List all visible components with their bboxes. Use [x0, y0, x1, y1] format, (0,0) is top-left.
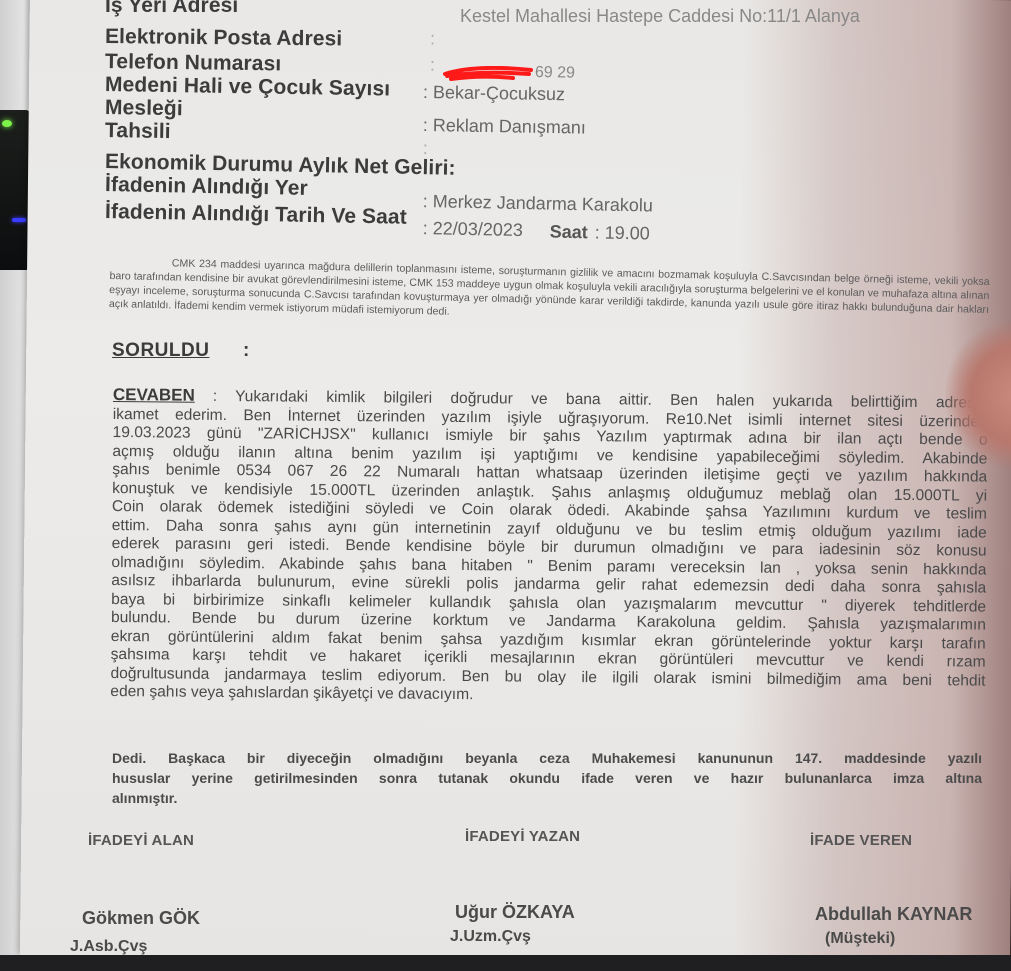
signature-rank-giver: (Müşteki)	[825, 930, 895, 948]
statement-body: CEVABEN: Yukarıdaki kimlik bilgileri doğ…	[110, 386, 988, 709]
field-statement-place: İfadenin Alındığı Yer : Merkez Jandarma …	[105, 173, 106, 200]
signature-rank-writer: J.Uzm.Çvş	[450, 928, 531, 946]
red-redaction-scribble	[443, 66, 533, 82]
field-value: Kestel Mahallesi Hastepe Caddesi No:11/1…	[460, 6, 860, 27]
soruldu-heading: SORULDU	[112, 340, 209, 362]
signature-rank-taker: J.Asb.Çvş	[70, 938, 147, 956]
closing-line: hususlar yerine getirilmesinden sonra tu…	[112, 768, 982, 788]
closing-line: Dedi. Başkaca bir diyeceğin olmadığını b…	[112, 748, 982, 768]
signature-name-writer: Uğur ÖZKAYA	[455, 902, 575, 923]
field-label: İş Yeri Adresi	[105, 0, 238, 18]
cevaben-heading: CEVABEN	[113, 386, 195, 405]
signature-name-taker: Gökmen GÖK	[82, 908, 200, 929]
field-value: :	[430, 55, 435, 76]
closing-line: alınmıştır.	[112, 788, 982, 808]
soruldu-colon: :	[243, 340, 249, 362]
field-value: :	[430, 28, 435, 49]
field-value: : Reklam Danışmanı	[423, 115, 586, 139]
field-value: : 22/03/2023	[423, 218, 523, 241]
signature-role-giver: İFADE VEREN	[810, 832, 912, 849]
signature-role-taker: İFADEYİ ALAN	[88, 832, 194, 849]
field-label: İfadenin Alındığı Yer	[105, 173, 308, 201]
field-label: Elektronik Posta Adresi	[105, 25, 343, 51]
bottom-dark-bar	[0, 955, 1011, 971]
closing-paragraph: Dedi. Başkaca bir diyeceğin olmadığını b…	[112, 748, 982, 808]
field-value: : Merkez Jandarma Karakolu	[423, 191, 653, 216]
device-panel	[0, 110, 30, 270]
green-led-icon	[2, 120, 12, 127]
signature-role-writer: İFADEYİ YAZAN	[465, 828, 580, 845]
field-statement-datetime: İfadenin Alındığı Tarih Ve Saat : 22/03/…	[105, 200, 106, 227]
blue-led-icon	[12, 218, 26, 222]
field-label: Mesleği	[105, 96, 183, 121]
time-label: Saat	[550, 222, 588, 244]
signature-name-giver: Abdullah KAYNAR	[815, 904, 972, 925]
field-value: : Bekar-Çocuksuz	[423, 82, 565, 105]
phone-suffix: 69 29	[535, 64, 575, 83]
time-value: : 19.00	[595, 222, 650, 244]
field-label: Tahsili	[105, 119, 171, 144]
